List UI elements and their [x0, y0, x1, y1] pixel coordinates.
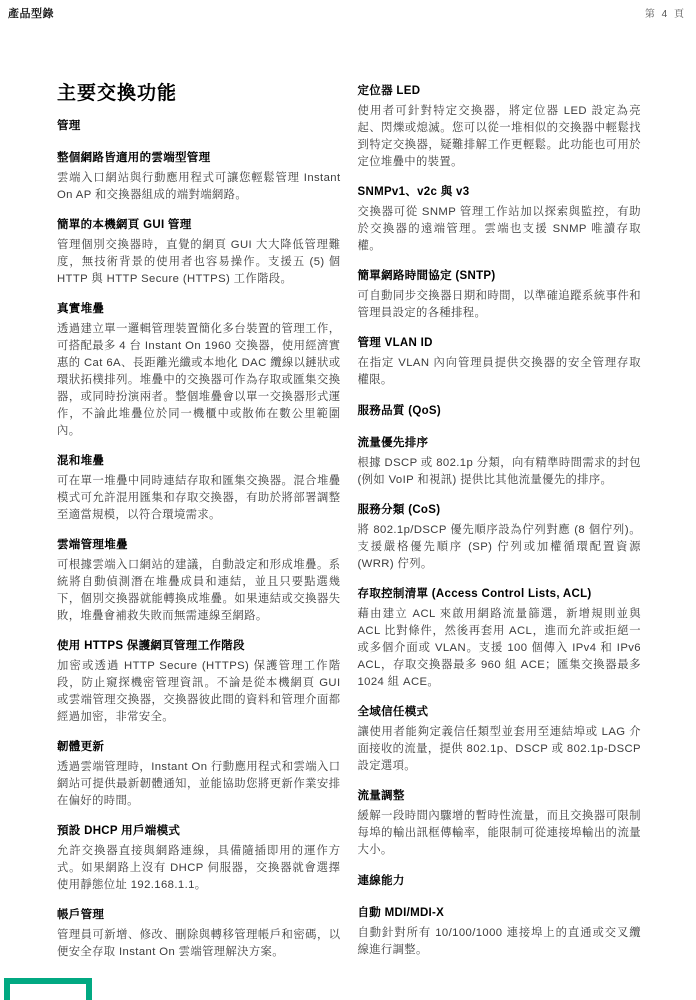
section-body: 管理員可新增、修改、刪除與轉移管理帳戶和密碼，以便安全存取 Instant On…	[57, 927, 341, 961]
section-body: 根據 DSCP 或 802.1p 分類，向有精準時間需求的封包 (例如 VoIP…	[358, 455, 642, 489]
section-hybrid-stacking: 混和堆疊 可在單一堆疊中同時連結存取和匯集交換器。混合堆疊模式可允許混用匯集和存…	[57, 453, 341, 524]
section-acl: 存取控制清單 (Access Control Lists, ACL) 藉由建立 …	[358, 586, 642, 691]
section-account-management: 帳戶管理 管理員可新增、修改、刪除與轉移管理帳戶和密碼，以便安全存取 Insta…	[57, 907, 341, 961]
left-column: 主要交換功能 管理 整個網路皆適用的雲端型管理 雲端入口網站與行動應用程式可讓您…	[57, 83, 341, 974]
section-https-protected-sessions: 使用 HTTPS 保護網頁管理工作階段 加密或透過 HTTP Secure (H…	[57, 638, 341, 726]
group-heading-connectivity: 連線能力	[358, 872, 642, 888]
section-body: 交換器可從 SNMP 管理工作站加以探索與監控，有助於交換器的遠端管理。雲端也支…	[358, 204, 642, 255]
section-heading: 定位器 LED	[358, 83, 642, 100]
section-cos: 服務分類 (CoS) 將 802.1p/DSCP 優先順序設為佇列對應 (8 個…	[358, 502, 642, 573]
section-local-web-gui: 簡單的本機網頁 GUI 管理 管理個別交換器時，直覺的網頁 GUI 大大降低管理…	[57, 217, 341, 288]
hpe-logo	[4, 978, 92, 1000]
group-heading-qos: 服務品質 (QoS)	[358, 402, 642, 418]
section-body: 讓使用者能夠定義信任類型並套用至連結埠或 LAG 介面接收的流量，提供 802.…	[358, 724, 642, 775]
section-body: 透過雲端管理時，Instant On 行動應用程式和雲端入口網站可提供最新韌體通…	[57, 759, 341, 810]
section-default-dhcp-client-mode: 預設 DHCP 用戶端模式 允許交換器直接與網路連線，具備隨插即用的運作方式。如…	[57, 823, 341, 894]
section-body: 管理個別交換器時，直覺的網頁 GUI 大大降低管理難度，無技術背景的使用者也容易…	[57, 237, 341, 288]
section-heading: 預設 DHCP 用戶端模式	[57, 823, 341, 840]
section-heading: 簡單的本機網頁 GUI 管理	[57, 217, 341, 234]
section-heading: 流量優先排序	[358, 435, 642, 452]
section-body: 透過建立單一邏輯管理裝置簡化多台裝置的管理工作，可搭配最多 4 台 Instan…	[57, 321, 341, 440]
section-traffic-prioritization: 流量優先排序 根據 DSCP 或 802.1p 分類，向有精準時間需求的封包 (…	[358, 435, 642, 489]
section-cloud-managed-stacking: 雲端管理堆疊 可根據雲端入口網站的建議，自動設定和形成堆疊。系統將自動偵測潛在堆…	[57, 537, 341, 625]
section-cloud-based-management: 整個網路皆適用的雲端型管理 雲端入口網站與行動應用程式可讓您輕鬆管理 Insta…	[57, 150, 341, 204]
section-heading: 真實堆疊	[57, 301, 341, 318]
section-body: 加密或透過 HTTP Secure (HTTPS) 保護管理工作階段，防止窺探機…	[57, 658, 341, 726]
section-true-stacking: 真實堆疊 透過建立單一邏輯管理裝置簡化多台裝置的管理工作，可搭配最多 4 台 I…	[57, 301, 341, 440]
section-heading: 簡單網路時間協定 (SNTP)	[358, 268, 642, 285]
section-body: 藉由建立 ACL 來啟用網路流量篩選，新增規則並與 ACL 比對條件，然後再套用…	[358, 606, 642, 691]
page-number: 第 4 頁	[645, 5, 686, 20]
section-heading: 整個網路皆適用的雲端型管理	[57, 150, 341, 167]
section-auto-mdi-mdix: 自動 MDI/MDI-X 自動針對所有 10/100/1000 連接埠上的直通或…	[358, 905, 642, 959]
document-title: 產品型錄	[8, 5, 54, 21]
section-body: 自動針對所有 10/100/1000 連接埠上的直通或交叉纜線進行調整。	[358, 925, 642, 959]
section-heading: SNMPv1、v2c 與 v3	[358, 184, 642, 201]
section-body: 將 802.1p/DSCP 優先順序設為佇列對應 (8 個佇列)。支援嚴格優先順…	[358, 522, 642, 573]
section-heading: 自動 MDI/MDI-X	[358, 905, 642, 922]
section-management-vlan-id: 管理 VLAN ID 在指定 VLAN 內向管理員提供交換器的安全管理存取權限。	[358, 335, 642, 389]
section-body: 可根據雲端入口網站的建議，自動設定和形成堆疊。系統將自動偵測潛在堆疊成員和連結，…	[57, 557, 341, 625]
section-heading: 混和堆疊	[57, 453, 341, 470]
section-body: 使用者可針對特定交換器，將定位器 LED 設定為亮起、閃爍或熄滅。您可以從一堆相…	[358, 103, 642, 171]
catalog-page: { "header": { "left": "產品型錄", "right": "…	[0, 0, 696, 1000]
section-body: 可在單一堆疊中同時連結存取和匯集交換器。混合堆疊模式可允許混用匯集和存取交換器，…	[57, 473, 341, 524]
section-body: 雲端入口網站與行動應用程式可讓您輕鬆管理 Instant On AP 和交換器組…	[57, 170, 341, 204]
section-heading: 服務分類 (CoS)	[358, 502, 642, 519]
section-body: 緩解一段時間內驟增的暫時性流量，而且交換器可限制每埠的輸出訊框傳輸率，能限制可從…	[358, 808, 642, 859]
section-heading: 雲端管理堆疊	[57, 537, 341, 554]
section-heading: 使用 HTTPS 保護網頁管理工作階段	[57, 638, 341, 655]
section-heading: 流量調整	[358, 788, 642, 805]
section-snmp: SNMPv1、v2c 與 v3 交換器可從 SNMP 管理工作站加以探索與監控，…	[358, 184, 642, 255]
section-body: 可自動同步交換器日期和時間，以準確追蹤系統事件和管理員設定的各種排程。	[358, 288, 642, 322]
section-sntp: 簡單網路時間協定 (SNTP) 可自動同步交換器日期和時間，以準確追蹤系統事件和…	[358, 268, 642, 322]
section-traffic-shaping: 流量調整 緩解一段時間內驟增的暫時性流量，而且交換器可限制每埠的輸出訊框傳輸率，…	[358, 788, 642, 859]
section-body: 在指定 VLAN 內向管理員提供交換器的安全管理存取權限。	[358, 355, 642, 389]
page-title: 主要交換功能	[57, 83, 341, 105]
section-global-trust-mode: 全域信任模式 讓使用者能夠定義信任類型並套用至連結埠或 LAG 介面接收的流量，…	[358, 704, 642, 775]
right-column: 定位器 LED 使用者可針對特定交換器，將定位器 LED 設定為亮起、閃爍或熄滅…	[358, 83, 642, 974]
page-header: 產品型錄 第 4 頁	[8, 5, 686, 21]
section-heading: 全域信任模式	[358, 704, 642, 721]
section-firmware-update: 韌體更新 透過雲端管理時，Instant On 行動應用程式和雲端入口網站可提供…	[57, 739, 341, 810]
section-heading: 帳戶管理	[57, 907, 341, 924]
group-heading-management: 管理	[57, 117, 341, 133]
content-area: 主要交換功能 管理 整個網路皆適用的雲端型管理 雲端入口網站與行動應用程式可讓您…	[57, 83, 641, 974]
section-body: 允許交換器直接與網路連線，具備隨插即用的運作方式。如果網路上沒有 DHCP 伺服…	[57, 843, 341, 894]
section-heading: 韌體更新	[57, 739, 341, 756]
section-locator-led: 定位器 LED 使用者可針對特定交換器，將定位器 LED 設定為亮起、閃爍或熄滅…	[358, 83, 642, 171]
section-heading: 存取控制清單 (Access Control Lists, ACL)	[358, 586, 642, 603]
section-heading: 管理 VLAN ID	[358, 335, 642, 352]
